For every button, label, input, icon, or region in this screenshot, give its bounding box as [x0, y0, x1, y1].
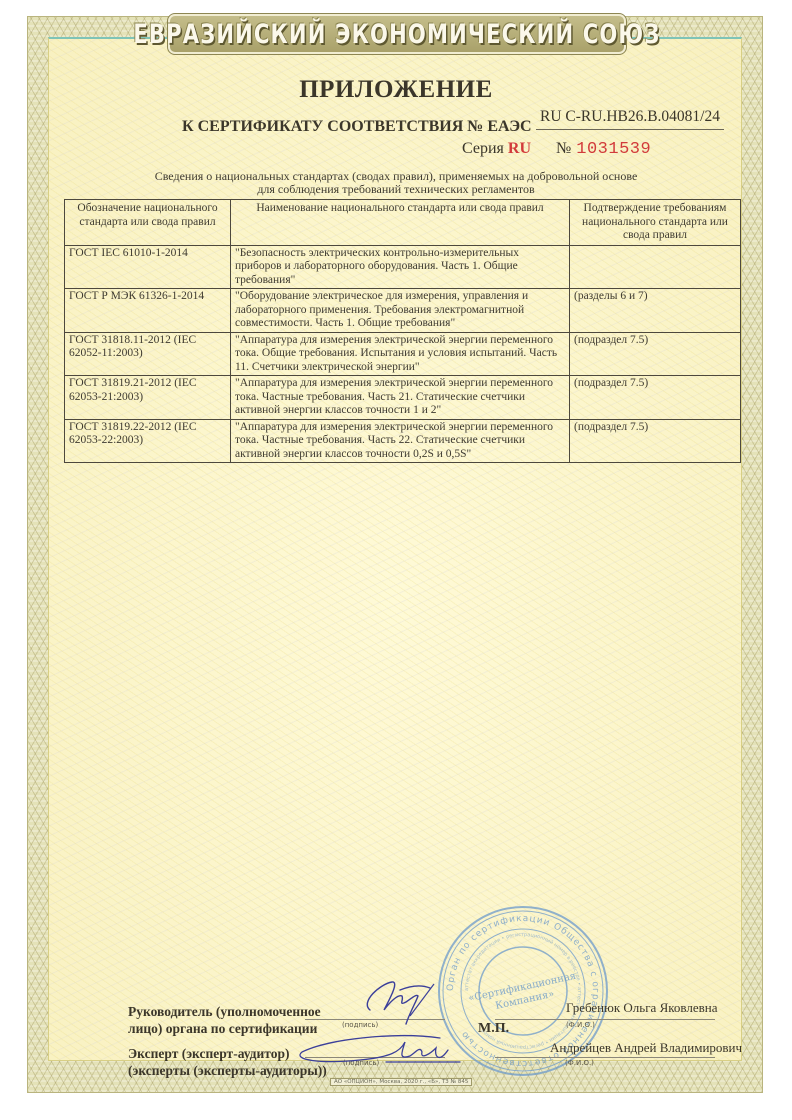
expert-fio-line: [495, 1057, 715, 1058]
seal-place-mark: М.П.: [478, 1021, 509, 1037]
expert-name: Андрейцев Андрей Владимирович: [550, 1040, 742, 1056]
head-fio-line: [495, 1019, 715, 1020]
signatures-block: Руководитель (уполномоченное лицо) орган…: [0, 0, 792, 1120]
head-label-line-1: Руководитель (уполномоченное: [128, 1003, 321, 1020]
expert-signature-icon: [290, 1030, 470, 1070]
head-signature-icon: [340, 972, 450, 1032]
head-name: Гребенюк Ольга Яковлевна: [566, 1000, 718, 1016]
expert-fio-caption: (Ф.И.О.): [565, 1059, 594, 1067]
head-fio-caption: (Ф.И.О.): [566, 1021, 595, 1029]
printer-imprint: АО «ОПЦИОН», Москва, 2020 г., «Б», ТЗ № …: [330, 1078, 472, 1086]
